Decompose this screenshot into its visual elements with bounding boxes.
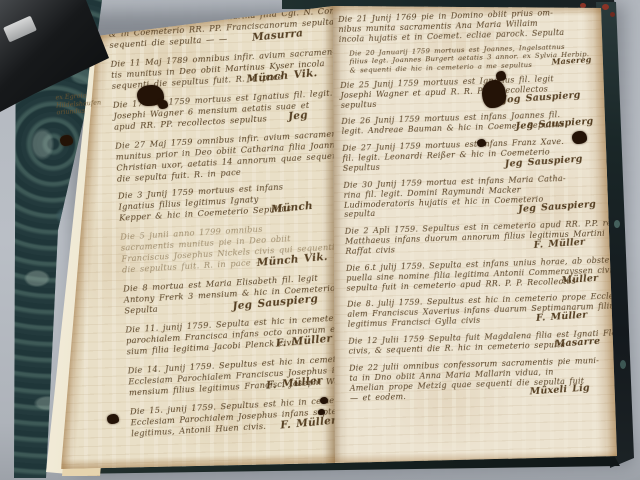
burial-entry: Die 30 Junij 1759 mortua est infans Mari…: [343, 172, 606, 222]
ink-blot: [572, 131, 587, 144]
burial-entry: Die 27 Maj 1759 omnibus infir. avium sac…: [115, 129, 333, 185]
burial-entry: Die 5 junii anno 1799 omnibussacramentis…: [120, 220, 338, 278]
ink-blot: [482, 80, 506, 108]
burial-entry: Die 6.t julij 1759. Sepulta est infans u…: [346, 255, 609, 295]
burial-entry: Die 11. junij 1759. Sepulta est hic in c…: [125, 312, 343, 359]
left-page-entries: Die 7 Maj mortua est Catharina filia Cgl…: [108, 6, 348, 447]
burial-entry: Die 20 Januarij 1759 mortuus est Joannes…: [339, 41, 602, 75]
left-page: Die 7 Maj mortua est Catharina filia Cgl…: [60, 4, 338, 472]
burial-entry: Die 27 Junij 1759 mortuus est infans Fra…: [342, 136, 605, 176]
burial-entry: Die 22 julii omnibus confessorum sacrame…: [349, 355, 612, 405]
burial-entry: Die 3 Junij 1759 mortuus est infansIgnat…: [118, 179, 336, 226]
red-marble-speck: [610, 12, 615, 17]
ink-blot: [318, 409, 325, 415]
burial-entry: Die 25 Junij 1759 mortuus est Ignatius f…: [340, 72, 603, 112]
burial-entry: Die 14. Junij 1759. Sepultus est hic in …: [127, 353, 345, 400]
burial-entry: Die 8. julij 1759. Sepultus est hic in c…: [347, 292, 610, 332]
clip-highlight: [3, 16, 37, 43]
burial-entry: Die 8 mortua est Maria Elisabeth fil. le…: [123, 272, 341, 319]
ink-blot: [320, 397, 328, 404]
marble-speck: [614, 220, 620, 228]
right-page-entries: Die 21 Junij 1769 pie in Domino obiit pr…: [338, 7, 612, 410]
ink-blot: [496, 71, 506, 81]
ink-blot: [158, 100, 168, 109]
ink-blot: [60, 135, 73, 146]
burial-entry: Die 15. junij 1759. Sepultus est hic in …: [130, 394, 348, 441]
red-marble-speck: [580, 3, 586, 8]
red-marble-speck: [602, 4, 609, 10]
marble-speck: [620, 360, 626, 369]
ink-blot: [107, 414, 119, 424]
ink-blot: [477, 139, 486, 147]
burial-entry: Die 2 Apli 1759. Sepultus est in cemeter…: [345, 219, 608, 259]
right-page: Die 21 Junij 1769 pie in Domino obiit pr…: [330, 2, 624, 468]
photograph-scene: Die 7 Maj mortua est Catharina filia Cgl…: [0, 0, 640, 480]
